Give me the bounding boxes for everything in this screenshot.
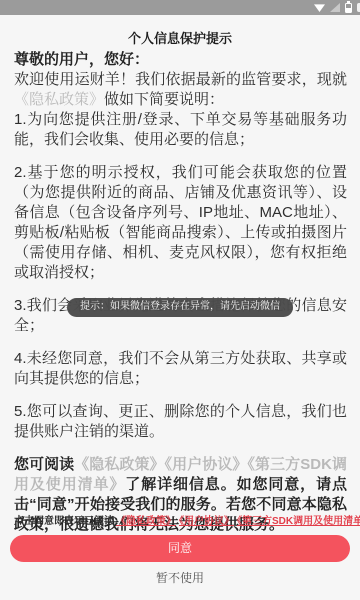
policy-item-5: 5.您可以查询、更正、删除您的个人信息，我们也提供账户注销的渠道。 bbox=[14, 402, 347, 442]
policy-item-1: 1.为向您提供注册/登录、下单交易等基础服务功能，我们会收集、使用必要的信息； bbox=[14, 110, 347, 150]
status-bar-icons bbox=[314, 0, 360, 15]
app-screen: 个人信息保护提示 尊敬的用户，您好： 欢迎使用运财羊！我们依据最新的监管要求，现… bbox=[0, 0, 360, 600]
agreement-prefix: 点击同意即表示已阅读 bbox=[14, 516, 114, 527]
user-agreement-link-footer[interactable]: 《用户协议》 bbox=[179, 516, 234, 527]
intro-after: 做如下简要说明： bbox=[104, 91, 224, 108]
agree-button[interactable]: 同意 bbox=[10, 535, 350, 562]
greeting-text: 尊敬的用户，您好： bbox=[14, 50, 347, 70]
sdk-list-link-footer[interactable]: 《第三方SDK调用及使用清单》 bbox=[237, 516, 360, 527]
wifi-icon bbox=[314, 3, 325, 12]
agreement-line: 点击同意即表示已阅读《隐私政策》《用户协议》《第三方SDK调用及使用清单》 bbox=[0, 515, 360, 528]
policy-item-2: 2.基于您的明示授权，我们可能会获取您的位置（为您提供附近的商品、店铺及优惠资讯… bbox=[14, 163, 347, 283]
intro-text: 欢迎使用运财羊！我们依据最新的监管要求，现就《隐私政策》做如下简要说明： bbox=[14, 70, 347, 110]
privacy-policy-link-footer[interactable]: 《隐私政策》 bbox=[116, 516, 176, 527]
closing-before: 您可阅读 bbox=[14, 456, 74, 473]
privacy-policy-link[interactable]: 《隐私政策》 bbox=[74, 456, 164, 473]
policy-item-4: 4.未经您同意，我们不会从第三方处获取、共享或向其提供您的信息； bbox=[14, 349, 347, 389]
decline-button[interactable]: 暂不使用 bbox=[0, 571, 360, 585]
intro-before: 欢迎使用运财羊！我们依据最新的监管要求，现就 bbox=[14, 71, 347, 88]
signal-icon bbox=[330, 3, 340, 12]
privacy-policy-link-intro[interactable]: 《隐私政策》 bbox=[14, 91, 104, 108]
user-agreement-link[interactable]: 《用户协议》 bbox=[165, 456, 248, 473]
footer: 点击同意即表示已阅读《隐私政策》《用户协议》《第三方SDK调用及使用清单》 同意… bbox=[0, 515, 360, 585]
wechat-login-toast: 提示：如果微信登录存在异常，请先启动微信 bbox=[67, 298, 293, 317]
dialog-body: 尊敬的用户，您好： 欢迎使用运财羊！我们依据最新的监管要求，现就《隐私政策》做如… bbox=[14, 50, 347, 535]
battery-icon bbox=[345, 3, 352, 13]
dialog-title: 个人信息保护提示 bbox=[0, 31, 360, 46]
status-bar bbox=[0, 0, 360, 15]
